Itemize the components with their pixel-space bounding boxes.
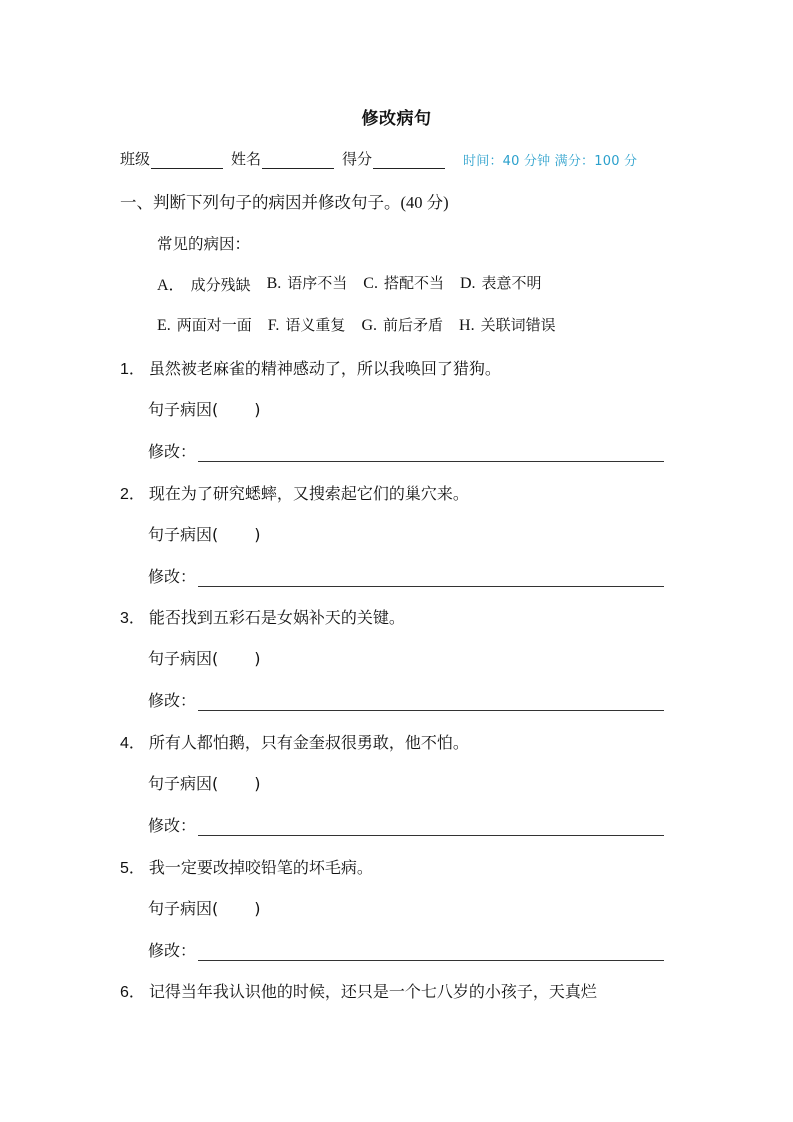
revise-blank[interactable]: [198, 568, 664, 587]
revise-answer: 修改：: [148, 438, 680, 462]
question-text: 4．所有人都怕鹅，只有金奎叔很勇敢，他不怕。: [120, 730, 680, 754]
section-heading: 一、判断下列句子的病因并修改句子。(40 分): [120, 189, 449, 213]
cause-e: E.两面对一面: [157, 314, 252, 335]
cause-answer: 句子病因(): [148, 522, 680, 546]
question-2: 2．现在为了研究蟋蟀，又搜索起它们的巢穴来。 句子病因() 修改：: [120, 481, 680, 587]
cause-c: C.搭配不当: [363, 272, 444, 295]
section-score: (40 分): [401, 193, 449, 212]
cause-g: G.前后矛盾: [361, 314, 443, 335]
question-text: 3．能否找到五彩石是女娲补天的关键。: [120, 605, 680, 629]
question-text: 6．记得当年我认识他的时候，还只是一个七八岁的小孩子，天真烂: [120, 979, 680, 1003]
question-6: 6．记得当年我认识他的时候，还只是一个七八岁的小孩子，天真烂: [120, 979, 680, 1003]
cause-answer: 句子病因(): [148, 771, 680, 795]
question-1: 1．虽然被老麻雀的精神感动了，所以我唤回了猎狗。 句子病因() 修改：: [120, 356, 680, 462]
question-3: 3．能否找到五彩石是女娲补天的关键。 句子病因() 修改：: [120, 605, 680, 711]
question-4: 4．所有人都怕鹅，只有金奎叔很勇敢，他不怕。 句子病因() 修改：: [120, 730, 680, 836]
question-text: 2．现在为了研究蟋蟀，又搜索起它们的巢穴来。: [120, 481, 680, 505]
class-label: 班级: [120, 148, 150, 169]
revise-answer: 修改：: [148, 812, 680, 836]
student-info-row: 班级 姓名 得分 时间：40 分钟 满分：100 分: [120, 148, 680, 169]
cause-d: D.表意不明: [460, 272, 542, 295]
question-5: 5．我一定要改掉咬铅笔的坏毛病。 句子病因() 修改：: [120, 855, 680, 961]
cause-a: A．成分残缺: [157, 272, 251, 295]
revise-answer: 修改：: [148, 937, 680, 961]
cause-f: F.语义重复: [268, 314, 346, 335]
causes-row-1: A．成分残缺 B.语序不当 C.搭配不当 D.表意不明: [157, 272, 558, 295]
score-field: 得分: [342, 148, 445, 169]
cause-h: H.关联词错误: [459, 314, 556, 335]
question-text: 1．虽然被老麻雀的精神感动了，所以我唤回了猎狗。: [120, 356, 680, 380]
cause-answer: 句子病因(): [148, 397, 680, 421]
cause-answer: 句子病因(): [148, 896, 680, 920]
score-label: 得分: [342, 148, 372, 169]
revise-answer: 修改：: [148, 687, 680, 711]
name-field: 姓名: [231, 148, 334, 169]
section-heading-text: 一、判断下列句子的病因并修改句子。: [120, 193, 401, 212]
score-blank[interactable]: [373, 152, 445, 169]
revise-blank[interactable]: [198, 942, 664, 961]
class-field: 班级: [120, 148, 223, 169]
revise-answer: 修改：: [148, 563, 680, 587]
revise-blank[interactable]: [198, 443, 664, 462]
page-title: 修改病句: [0, 104, 793, 129]
causes-row-2: E.两面对一面 F.语义重复 G.前后矛盾 H.关联词错误: [157, 314, 572, 335]
revise-blank[interactable]: [198, 817, 664, 836]
common-causes-label: 常见的病因：: [157, 232, 250, 254]
cause-b: B.语序不当: [267, 272, 348, 295]
name-blank[interactable]: [262, 152, 334, 169]
question-text: 5．我一定要改掉咬铅笔的坏毛病。: [120, 855, 680, 879]
class-blank[interactable]: [151, 152, 223, 169]
name-label: 姓名: [231, 148, 261, 169]
revise-blank[interactable]: [198, 692, 664, 711]
time-and-total-score: 时间：40 分钟 满分：100 分: [463, 150, 637, 169]
cause-answer: 句子病因(): [148, 646, 680, 670]
